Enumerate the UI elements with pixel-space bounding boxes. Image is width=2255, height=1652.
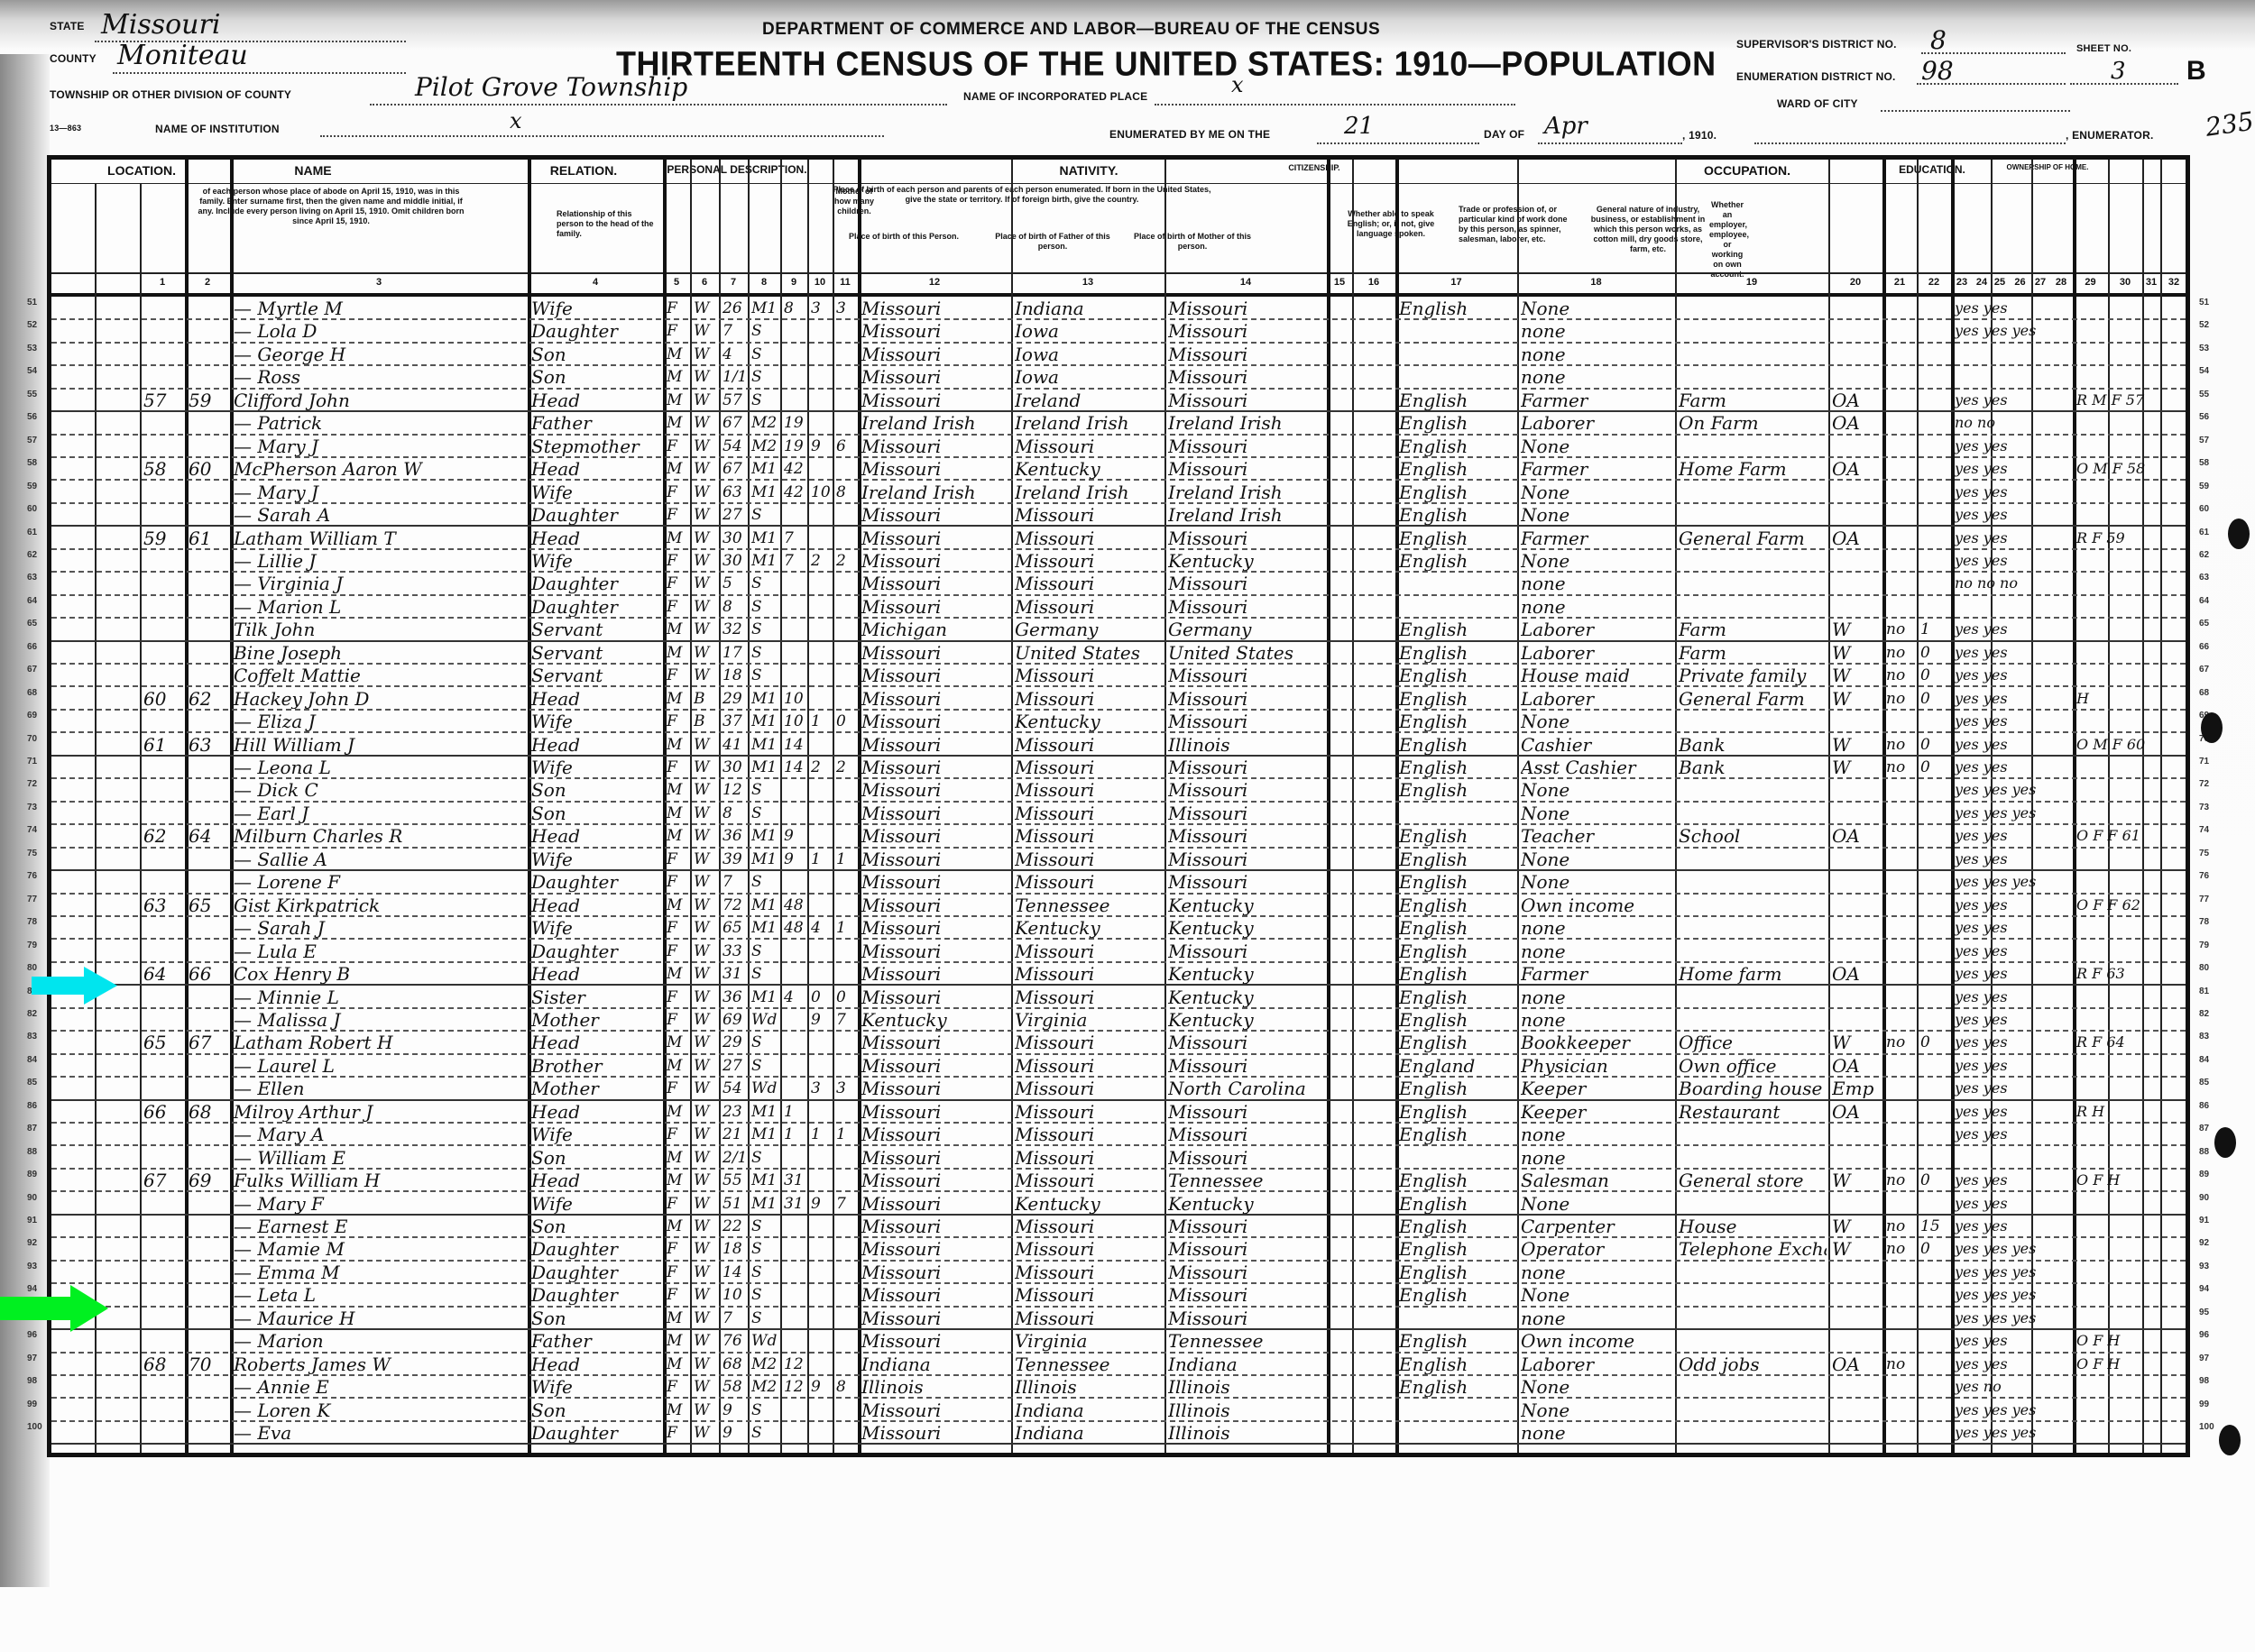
home-cell xyxy=(2076,1192,2197,1214)
column-number: 19 xyxy=(1675,277,1828,288)
name-instructions: of each person whose place of abode on A… xyxy=(196,187,466,226)
dwelling-number xyxy=(143,1077,183,1098)
employer-cell xyxy=(1832,319,1881,341)
race-cell: W xyxy=(694,343,717,364)
family-number xyxy=(189,778,228,800)
age-cell: 30 xyxy=(723,527,746,548)
years-married-cell xyxy=(784,1031,805,1052)
family-number xyxy=(189,595,228,617)
out-of-work-cell: no xyxy=(1886,733,1915,755)
employer-cell: OA xyxy=(1832,457,1881,479)
industry-cell: Farm xyxy=(1679,641,1827,663)
incorporated-place-underline xyxy=(1155,104,1515,106)
race-cell: W xyxy=(694,986,717,1007)
living-cell xyxy=(836,527,856,548)
years-married-cell: 10 xyxy=(784,687,805,709)
born-cell xyxy=(811,343,831,364)
weeks-cell xyxy=(1920,1192,1949,1214)
line-number: 92 xyxy=(27,1238,37,1248)
language-cell xyxy=(1399,1421,1515,1443)
trade-cell: none xyxy=(1521,365,1673,387)
marital-cell: S xyxy=(751,1421,778,1443)
race-cell: W xyxy=(694,870,717,892)
living-cell xyxy=(836,894,856,915)
living-cell: 1 xyxy=(836,916,856,938)
industry-cell xyxy=(1679,894,1827,915)
years-married-cell: 7 xyxy=(784,549,805,571)
sex-cell: M xyxy=(667,962,688,984)
sex-cell: M xyxy=(667,1031,688,1052)
line-number: 60 xyxy=(27,504,37,514)
industry-cell: Home Farm xyxy=(1679,457,1827,479)
out-of-work-cell xyxy=(1886,962,1915,984)
name-cell: — Ross xyxy=(234,365,526,387)
mother-birth-cell: Missouri xyxy=(1168,1215,1325,1236)
mother-birth-cell: Ireland Irish xyxy=(1168,503,1325,525)
race-cell: W xyxy=(694,319,717,341)
years-married-cell xyxy=(784,1146,805,1168)
industry-cell: General Farm xyxy=(1679,527,1827,548)
birth-cell: Ireland Irish xyxy=(861,411,1009,433)
family-number xyxy=(189,343,228,364)
read-write-cell: yes yes yes xyxy=(1955,1399,2071,1420)
language-header: Whether able to speak English; or, if no… xyxy=(1341,209,1440,239)
table-row: 6264Milburn Charles RHeadMW36M19Missouri… xyxy=(51,824,2186,848)
born-cell: 9 xyxy=(811,435,831,456)
relation-cell: Head xyxy=(531,389,661,410)
years-married-cell: 9 xyxy=(784,824,805,846)
employer-cell: W xyxy=(1832,687,1881,709)
father-birth-cell: Tennessee xyxy=(1015,894,1163,915)
trade-cell: none xyxy=(1521,1146,1673,1168)
read-write-cell: yes yes xyxy=(1955,756,2071,777)
employer-cell: W xyxy=(1832,1237,1881,1259)
relation-cell: Wife xyxy=(531,1123,661,1144)
mother-birth-cell: Missouri xyxy=(1168,435,1325,456)
mother-birth-cell: Tennessee xyxy=(1168,1169,1325,1190)
years-married-cell: 12 xyxy=(784,1375,805,1397)
marital-cell: S xyxy=(751,1399,778,1420)
father-birth-cell: Missouri xyxy=(1015,1283,1163,1305)
race-cell: W xyxy=(694,435,717,456)
group-nativity: NATIVITY. xyxy=(999,163,1179,178)
marital-cell: M1 xyxy=(751,733,778,755)
name-cell: — Marion L xyxy=(234,595,526,617)
weeks-cell xyxy=(1920,411,1949,433)
years-married-cell xyxy=(784,1054,805,1076)
sex-cell: M xyxy=(667,1353,688,1374)
marital-cell: M1 xyxy=(751,824,778,846)
trade-cell: House maid xyxy=(1521,664,1673,685)
years-married-cell: 19 xyxy=(784,435,805,456)
out-of-work-cell xyxy=(1886,365,1915,387)
out-of-work-cell xyxy=(1886,389,1915,410)
dwelling-number xyxy=(143,802,183,823)
read-write-cell: no no xyxy=(1955,411,2071,433)
enumerated-month: Apr xyxy=(1544,113,1588,140)
read-write-cell: yes yes xyxy=(1955,1008,2071,1030)
dwelling-number: 60 xyxy=(143,687,183,709)
enumerated-day-underline xyxy=(1317,142,1479,144)
line-number: 86 xyxy=(27,1101,37,1111)
column-number: 10 xyxy=(807,277,833,288)
out-of-work-cell xyxy=(1886,549,1915,571)
line-number: 64 xyxy=(27,596,37,606)
employer-cell xyxy=(1832,481,1881,502)
birth-cell: Missouri xyxy=(861,435,1009,456)
marital-cell: S xyxy=(751,1031,778,1052)
born-cell xyxy=(811,687,831,709)
race-cell: W xyxy=(694,916,717,938)
sex-cell: M xyxy=(667,618,688,639)
trade-cell: None xyxy=(1521,549,1673,571)
birth-cell: Missouri xyxy=(861,595,1009,617)
industry-cell: House xyxy=(1679,1215,1827,1236)
birth-cell: Missouri xyxy=(861,664,1009,685)
age-cell: 8 xyxy=(723,802,746,823)
race-cell: W xyxy=(694,1054,717,1076)
home-cell xyxy=(2076,1283,2197,1305)
table-row: — Mary JStepmotherFW54M21996MissouriMiss… xyxy=(51,435,2186,458)
out-of-work-cell xyxy=(1886,894,1915,915)
supervisor-district-label: Supervisor's District No. xyxy=(1736,38,1897,50)
read-write-cell: yes yes xyxy=(1955,710,2071,731)
marital-cell: S xyxy=(751,1283,778,1305)
living-cell: 1 xyxy=(836,848,856,869)
sex-cell: F xyxy=(667,1077,688,1098)
father-birth-cell: Missouri xyxy=(1015,824,1163,846)
birth-cell: Missouri xyxy=(861,870,1009,892)
born-cell: 10 xyxy=(811,481,831,502)
dwelling-number xyxy=(143,1146,183,1168)
language-cell xyxy=(1399,1307,1515,1328)
father-birth-cell: Missouri xyxy=(1015,778,1163,800)
mother-birth-cell: Missouri xyxy=(1168,389,1325,410)
weeks-cell xyxy=(1920,503,1949,525)
birth-cell: Missouri xyxy=(861,1100,1009,1122)
years-married-cell xyxy=(784,343,805,364)
dwelling-number xyxy=(143,664,183,685)
marital-cell: S xyxy=(751,940,778,961)
sex-cell: F xyxy=(667,940,688,961)
read-write-cell: yes yes xyxy=(1955,618,2071,639)
father-birth-cell: Indiana xyxy=(1015,297,1163,318)
race-cell: W xyxy=(694,778,717,800)
born-cell xyxy=(811,1399,831,1420)
birth-cell: Missouri xyxy=(861,1054,1009,1076)
language-cell: English xyxy=(1399,1261,1515,1282)
employer-cell xyxy=(1832,848,1881,869)
trade-cell: none xyxy=(1521,572,1673,593)
trade-cell: Teacher xyxy=(1521,824,1673,846)
column-number: 13 xyxy=(1011,277,1164,288)
table-row: — MarionFatherMW76WdMissouriVirginiaTenn… xyxy=(51,1329,2186,1353)
employer-cell: W xyxy=(1832,664,1881,685)
supervisor-underline xyxy=(1921,52,2066,54)
marital-cell: S xyxy=(751,1237,778,1259)
mother-birth-cell: Missouri xyxy=(1168,1307,1325,1328)
industry-cell xyxy=(1679,503,1827,525)
age-cell: 76 xyxy=(723,1329,746,1351)
industry-cell xyxy=(1679,1421,1827,1443)
employer-cell xyxy=(1832,802,1881,823)
trade-cell: Physician xyxy=(1521,1054,1673,1076)
mother-birth-cell: Missouri xyxy=(1168,319,1325,341)
sex-cell: M xyxy=(667,1307,688,1328)
line-number: 79 xyxy=(2199,941,2209,950)
dwelling-number: 59 xyxy=(143,527,183,548)
mother-birth-cell: Missouri xyxy=(1168,1123,1325,1144)
employer-cell xyxy=(1832,778,1881,800)
language-cell xyxy=(1399,802,1515,823)
dwelling-number: 61 xyxy=(143,733,183,755)
born-cell xyxy=(811,894,831,915)
father-birth-cell: Missouri xyxy=(1015,1146,1163,1168)
mother-birth-cell: Germany xyxy=(1168,618,1325,639)
relation-cell: Daughter xyxy=(531,940,661,961)
father-birth-cell: Kentucky xyxy=(1015,710,1163,731)
table-row: — Dick CSonMW12SMissouriMissouriMissouri… xyxy=(51,778,2186,802)
dwelling-number xyxy=(143,1054,183,1076)
dwelling-number xyxy=(143,756,183,777)
industry-cell xyxy=(1679,870,1827,892)
language-cell: English xyxy=(1399,916,1515,938)
language-cell xyxy=(1399,572,1515,593)
institution-underline xyxy=(320,135,884,137)
line-number: 74 xyxy=(2199,825,2209,835)
sex-cell: M xyxy=(667,343,688,364)
line-number: 56 xyxy=(27,412,37,422)
years-married-cell xyxy=(784,618,805,639)
years-married-cell: 8 xyxy=(784,297,805,318)
father-birth-cell: Missouri xyxy=(1015,664,1163,685)
trade-cell: none xyxy=(1521,1307,1673,1328)
trade-cell: Farmer xyxy=(1521,962,1673,984)
name-cell: Hackey John D xyxy=(234,687,526,709)
name-cell: — Loren K xyxy=(234,1399,526,1420)
name-cell: — Mary J xyxy=(234,481,526,502)
family-number xyxy=(189,802,228,823)
relation-cell: Wife xyxy=(531,710,661,731)
table-row: 5860McPherson Aaron WHeadMW67M142Missour… xyxy=(51,457,2186,481)
marital-cell: S xyxy=(751,962,778,984)
marital-cell: S xyxy=(751,572,778,593)
birth-cell: Missouri xyxy=(861,1031,1009,1052)
race-cell: W xyxy=(694,411,717,433)
relation-cell: Father xyxy=(531,1329,661,1351)
weeks-cell xyxy=(1920,1399,1949,1420)
marital-cell: S xyxy=(751,595,778,617)
trade-cell: none xyxy=(1521,940,1673,961)
out-of-work-cell: no xyxy=(1886,664,1915,685)
mother-birth-cell: Missouri xyxy=(1168,824,1325,846)
employer-cell xyxy=(1832,1146,1881,1168)
language-cell: English xyxy=(1399,1375,1515,1397)
age-cell: 39 xyxy=(723,848,746,869)
sex-cell: M xyxy=(667,894,688,915)
father-birth-cell: Missouri xyxy=(1015,848,1163,869)
industry-header: General nature of industry, business, or… xyxy=(1589,205,1707,254)
father-birth-cell: Illinois xyxy=(1015,1375,1163,1397)
age-cell: 58 xyxy=(723,1375,746,1397)
race-cell: W xyxy=(694,549,717,571)
trade-cell: Laborer xyxy=(1521,618,1673,639)
table-row: — Lorene FDaughterFW7SMissouriMissouriMi… xyxy=(51,870,2186,894)
race-cell: W xyxy=(694,1169,717,1190)
family-number xyxy=(189,297,228,318)
line-number: 67 xyxy=(2199,665,2209,675)
father-birth-cell: Kentucky xyxy=(1015,916,1163,938)
years-married-cell xyxy=(784,1215,805,1236)
father-birth-cell: Missouri xyxy=(1015,1054,1163,1076)
line-number: 82 xyxy=(2199,1009,2209,1019)
age-cell: 54 xyxy=(723,435,746,456)
age-cell: 27 xyxy=(723,1054,746,1076)
living-cell: 7 xyxy=(836,1192,856,1214)
employer-cell: W xyxy=(1832,618,1881,639)
dwelling-number: 68 xyxy=(143,1353,183,1374)
sex-cell: F xyxy=(667,1192,688,1214)
marital-cell: M1 xyxy=(751,710,778,731)
home-cell xyxy=(2076,1054,2197,1076)
mother-birth-cell: Missouri xyxy=(1168,1031,1325,1052)
family-number xyxy=(189,1192,228,1214)
years-married-cell: 42 xyxy=(784,481,805,502)
relation-cell: Stepmother xyxy=(531,435,661,456)
industry-cell: Farm xyxy=(1679,389,1827,410)
table-row: — EllenMotherFW54Wd33MissouriMissouriNor… xyxy=(51,1077,2186,1100)
father-birth-cell: Missouri xyxy=(1015,1100,1163,1122)
table-row: Coffelt MattieServantFW18SMissouriMissou… xyxy=(51,664,2186,687)
father-birth-cell: Missouri xyxy=(1015,756,1163,777)
line-number: 85 xyxy=(2199,1078,2209,1088)
age-cell: 17 xyxy=(723,641,746,663)
mother-birth-cell: Indiana xyxy=(1168,1353,1325,1374)
race-cell: W xyxy=(694,1237,717,1259)
table-row: — Mary FWifeFW51M13197MissouriKentuckyKe… xyxy=(51,1192,2186,1216)
table-row: — Marion LDaughterFW8SMissouriMissouriMi… xyxy=(51,595,2186,619)
mother-birth-cell: Kentucky xyxy=(1168,1192,1325,1214)
name-cell: — Sarah A xyxy=(234,503,526,525)
father-birth-cell: Missouri xyxy=(1015,1123,1163,1144)
relation-cell: Wife xyxy=(531,481,661,502)
born-cell xyxy=(811,1261,831,1282)
column-number: 2 xyxy=(185,277,230,288)
weeks-cell xyxy=(1920,802,1949,823)
trade-cell: Operator xyxy=(1521,1237,1673,1259)
relation-cell: Wife xyxy=(531,1192,661,1214)
born-cell xyxy=(811,618,831,639)
name-cell: — Maurice H xyxy=(234,1307,526,1328)
line-number: 77 xyxy=(2199,895,2209,904)
sex-cell: F xyxy=(667,1008,688,1030)
father-birth-cell: Missouri xyxy=(1015,595,1163,617)
hole-punch xyxy=(2219,1425,2241,1455)
read-write-cell xyxy=(1955,595,2071,617)
out-of-work-cell: no xyxy=(1886,687,1915,709)
father-birth-cell: Indiana xyxy=(1015,1421,1163,1443)
employer-cell: W xyxy=(1832,733,1881,755)
line-number: 51 xyxy=(27,298,37,307)
dwelling-number: 63 xyxy=(143,894,183,915)
home-cell: R H xyxy=(2076,1100,2197,1122)
group-relation: RELATION. xyxy=(538,163,629,178)
line-number: 72 xyxy=(2199,779,2209,789)
read-write-cell: yes yes xyxy=(1955,986,2071,1007)
weeks-cell xyxy=(1920,1353,1949,1374)
read-write-cell: yes yes xyxy=(1955,824,2071,846)
table-row: 5759Clifford JohnHeadMW57SMissouriIrelan… xyxy=(51,389,2186,412)
race-cell: W xyxy=(694,1192,717,1214)
employer-cell xyxy=(1832,572,1881,593)
language-cell: English xyxy=(1399,435,1515,456)
industry-cell: On Farm xyxy=(1679,411,1827,433)
race-cell: W xyxy=(694,756,717,777)
sex-cell: M xyxy=(667,687,688,709)
language-cell xyxy=(1399,1399,1515,1420)
father-birth-cell: Missouri xyxy=(1015,870,1163,892)
years-married-cell xyxy=(784,1421,805,1443)
read-write-cell: yes yes xyxy=(1955,503,2071,525)
family-number xyxy=(189,1375,228,1397)
dwelling-number: 58 xyxy=(143,457,183,479)
weeks-cell xyxy=(1920,986,1949,1007)
column-number: 29 xyxy=(2073,277,2108,288)
marital-cell: S xyxy=(751,389,778,410)
enumerated-day: 21 xyxy=(1344,113,1374,140)
line-number: 78 xyxy=(27,917,37,927)
name-cell: — Mary F xyxy=(234,1192,526,1214)
line-number: 63 xyxy=(2199,573,2209,583)
father-birth-cell: Ireland xyxy=(1015,389,1163,410)
read-write-cell: yes yes xyxy=(1955,1169,2071,1190)
race-cell: W xyxy=(694,733,717,755)
read-write-cell: yes yes xyxy=(1955,664,2071,685)
age-cell: 51 xyxy=(723,1192,746,1214)
language-cell: English xyxy=(1399,641,1515,663)
column-number: 21 xyxy=(1882,277,1917,288)
trade-cell: none xyxy=(1521,1008,1673,1030)
language-cell: English xyxy=(1399,1100,1515,1122)
living-cell xyxy=(836,1237,856,1259)
home-cell xyxy=(2076,1237,2197,1259)
group-citizenship: CITIZENSHIP. xyxy=(1269,163,1359,172)
birth-cell: Missouri xyxy=(861,1283,1009,1305)
name-cell: — Eva xyxy=(234,1421,526,1443)
table-row: — Mary AWifeFW21M1111MissouriMissouriMis… xyxy=(51,1123,2186,1146)
marital-cell: M1 xyxy=(751,1169,778,1190)
column-number: 26 xyxy=(2009,277,2031,288)
dwelling-number: 64 xyxy=(143,962,183,984)
weeks-cell: 0 xyxy=(1920,756,1949,777)
sheet-label: Sheet No. xyxy=(2076,43,2131,54)
dwelling-number xyxy=(143,503,183,525)
name-cell: Tilk John xyxy=(234,618,526,639)
weeks-cell xyxy=(1920,1008,1949,1030)
mother-birth-cell: Kentucky xyxy=(1168,986,1325,1007)
dwelling-number xyxy=(143,618,183,639)
read-write-cell: yes yes xyxy=(1955,848,2071,869)
birth-cell: Missouri xyxy=(861,572,1009,593)
out-of-work-cell xyxy=(1886,1329,1915,1351)
table-row: 6062Hackey John DHeadMB29M110MissouriMis… xyxy=(51,687,2186,711)
race-cell: W xyxy=(694,664,717,685)
race-cell: W xyxy=(694,894,717,915)
out-of-work-cell xyxy=(1886,457,1915,479)
line-number: 69 xyxy=(27,711,37,720)
line-number: 58 xyxy=(27,458,37,468)
name-cell: — George H xyxy=(234,343,526,364)
